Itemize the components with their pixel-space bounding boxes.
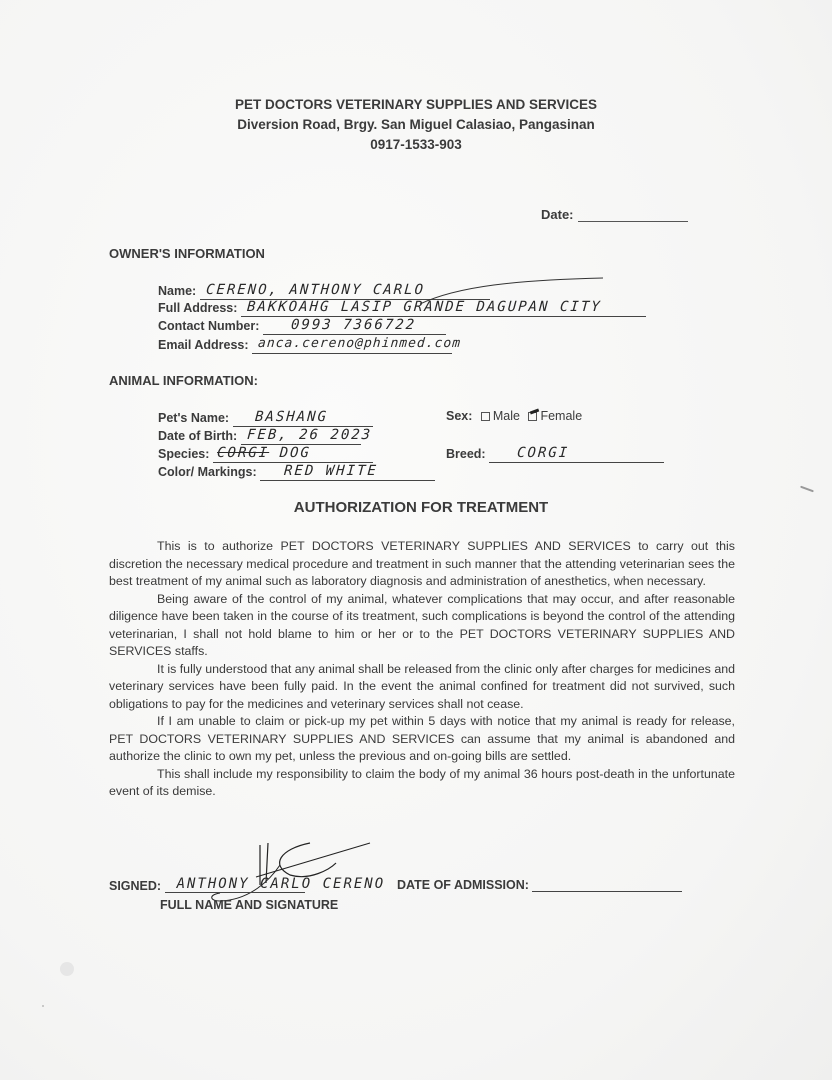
species-value: DOG [279, 445, 311, 461]
authorization-title: AUTHORIZATION FOR TREATMENT [0, 499, 832, 516]
authorization-paragraph: This shall include my responsibility to … [109, 766, 735, 801]
species-label: Species: [158, 447, 209, 461]
species-field[interactable]: Species: CORGI DOG [158, 445, 373, 463]
dob-label: Date of Birth: [158, 429, 237, 443]
species-line[interactable]: CORGI DOG [213, 448, 373, 463]
pen-stroke-mark [418, 276, 608, 306]
date-of-admission-line[interactable] [532, 878, 682, 892]
pet-name-value: BASHANG [254, 408, 328, 426]
signed-value: ANTHONY CARLO CERENO [177, 876, 386, 892]
date-of-admission-label: DATE OF ADMISSION: [397, 878, 529, 892]
breed-field[interactable]: Breed: CORGI [446, 445, 664, 463]
owner-address-label: Full Address: [158, 301, 237, 315]
signed-line[interactable]: ANTHONY CARLO CERENO [165, 878, 305, 893]
signed-field[interactable]: SIGNED: ANTHONY CARLO CERENO [109, 878, 305, 893]
sex-male-checkbox[interactable] [481, 412, 490, 421]
date-of-admission-field[interactable]: DATE OF ADMISSION: [397, 878, 682, 892]
date-field[interactable]: Date: [541, 207, 688, 222]
species-value-group: CORGI DOG [216, 444, 311, 462]
clinic-header: PET DOCTORS VETERINARY SUPPLIES AND SERV… [0, 95, 832, 155]
owner-section-title: OWNER'S INFORMATION [109, 246, 265, 261]
owner-name-label: Name: [158, 284, 196, 298]
sex-field: Sex: Male Female [446, 409, 582, 423]
date-label: Date: [541, 207, 574, 222]
pet-name-label: Pet's Name: [158, 411, 229, 425]
signed-label: SIGNED: [109, 879, 161, 893]
paper-mark [800, 486, 814, 493]
authorization-paragraph: This is to authorize PET DOCTORS VETERIN… [109, 538, 735, 591]
dob-line[interactable]: FEB, 26 2023 [241, 430, 361, 445]
owner-email-line[interactable]: anca.cereno@phinmed.com [252, 339, 452, 354]
owner-contact-label: Contact Number: [158, 319, 259, 333]
breed-line[interactable]: CORGI [489, 448, 664, 463]
breed-value: CORGI [516, 444, 569, 462]
dob-value: FEB, 26 2023 [246, 426, 372, 444]
sex-male-label: Male [493, 409, 520, 423]
owner-contact-field[interactable]: Contact Number: 0993 7366722 [158, 317, 446, 335]
breed-label: Breed: [446, 447, 486, 461]
paper-speck [60, 962, 74, 976]
owner-email-value: anca.cereno@phinmed.com [257, 335, 461, 353]
color-value: RED WHITE [283, 462, 378, 480]
scanned-form-page: PET DOCTORS VETERINARY SUPPLIES AND SERV… [0, 0, 832, 1080]
species-struck-value: CORGI [216, 445, 269, 461]
clinic-name: PET DOCTORS VETERINARY SUPPLIES AND SERV… [0, 95, 832, 115]
owner-email-label: Email Address: [158, 338, 249, 352]
sex-female-label: Female [540, 409, 582, 423]
dob-field[interactable]: Date of Birth: FEB, 26 2023 [158, 427, 361, 445]
sex-label: Sex: [446, 409, 472, 423]
clinic-address: Diversion Road, Brgy. San Miguel Calasia… [0, 115, 832, 135]
pet-name-line[interactable]: BASHANG [233, 412, 373, 427]
authorization-paragraph: If I am unable to claim or pick-up my pe… [109, 713, 735, 766]
owner-contact-line[interactable]: 0993 7366722 [263, 320, 446, 335]
signature-caption: FULL NAME AND SIGNATURE [160, 898, 338, 912]
color-field[interactable]: Color/ Markings: RED WHITE [158, 463, 435, 481]
authorization-paragraph: Being aware of the control of my animal,… [109, 591, 735, 661]
clinic-phone: 0917-1533-903 [0, 135, 832, 155]
signature-scribble [160, 835, 380, 905]
authorization-body: This is to authorize PET DOCTORS VETERIN… [109, 538, 735, 801]
pet-name-field[interactable]: Pet's Name: BASHANG [158, 409, 373, 427]
date-line[interactable] [578, 208, 688, 222]
owner-email-field[interactable]: Email Address: anca.cereno@phinmed.com [158, 336, 452, 354]
owner-name-value: CERENO, ANTHONY CARLO [205, 281, 425, 299]
paper-speck [42, 1005, 44, 1007]
animal-section-title: ANIMAL INFORMATION: [109, 373, 258, 388]
owner-contact-value: 0993 7366722 [290, 316, 416, 334]
authorization-paragraph: It is fully understood that any animal s… [109, 661, 735, 714]
color-line[interactable]: RED WHITE [260, 466, 435, 481]
color-label: Color/ Markings: [158, 465, 257, 479]
sex-female-checkbox[interactable] [528, 412, 537, 421]
